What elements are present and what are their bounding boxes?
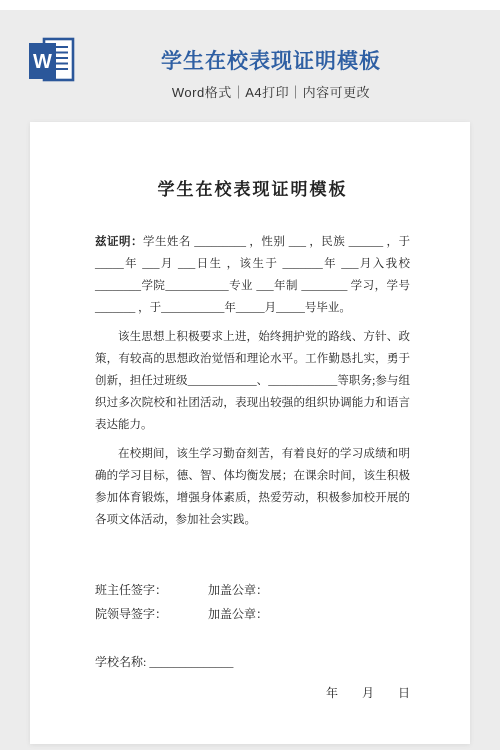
paragraph-text: 学生姓名 _________ ，性别 ___ ，民族 ______ ，于____… bbox=[95, 236, 410, 314]
school-name-line: 学校名称: ______________ bbox=[95, 653, 410, 671]
leader-signature-label: 院领导签字： bbox=[95, 602, 208, 626]
paragraph-certify: 兹证明：学生姓名 _________ ，性别 ___ ，民族 ______ ，于… bbox=[95, 231, 410, 319]
top-strip bbox=[0, 0, 500, 10]
header: W 学生在校表现证明模板 Word格式｜A4打印｜内容可更改 bbox=[0, 10, 500, 120]
document-body: 兹证明：学生姓名 _________ ，性别 ___ ，民族 ______ ，于… bbox=[95, 231, 410, 531]
teacher-signature-label: 班主任签字： bbox=[95, 578, 208, 602]
page-title: 学生在校表现证明模板 bbox=[42, 45, 500, 75]
header-text: 学生在校表现证明模板 Word格式｜A4打印｜内容可更改 bbox=[0, 10, 500, 101]
signature-row-leader: 院领导签字： 加盖公章： bbox=[95, 602, 410, 626]
paragraph-ideology: 该生思想上积极要求上进，始终拥护党的路线、方针、政策，有较高的思想政治觉悟和理论… bbox=[95, 326, 410, 436]
seal-label-1: 加盖公章： bbox=[208, 578, 268, 602]
document-preview: 学生在校表现证明模板 兹证明：学生姓名 _________ ，性别 ___ ，民… bbox=[30, 122, 470, 744]
school-name-blank: ______________ bbox=[149, 655, 233, 669]
school-name-label: 学校名称: bbox=[95, 655, 149, 669]
paragraph-study: 在校期间，该生学习勤奋刻苦，有着良好的学习成绩和明确的学习目标，德、智、体均衡发… bbox=[95, 443, 410, 531]
paragraph-lead: 兹证明： bbox=[95, 236, 143, 248]
template-preview-page: W 学生在校表现证明模板 Word格式｜A4打印｜内容可更改 学生在校表现证明模… bbox=[0, 0, 500, 750]
date-line: 年 月 日 bbox=[95, 684, 410, 702]
signature-row-teacher: 班主任签字： 加盖公章： bbox=[95, 578, 410, 602]
document-title: 学生在校表现证明模板 bbox=[95, 178, 410, 202]
signature-section: 班主任签字： 加盖公章： 院领导签字： 加盖公章： bbox=[95, 578, 410, 626]
page-subtitle: Word格式｜A4打印｜内容可更改 bbox=[42, 82, 500, 101]
seal-label-2: 加盖公章： bbox=[208, 602, 268, 626]
